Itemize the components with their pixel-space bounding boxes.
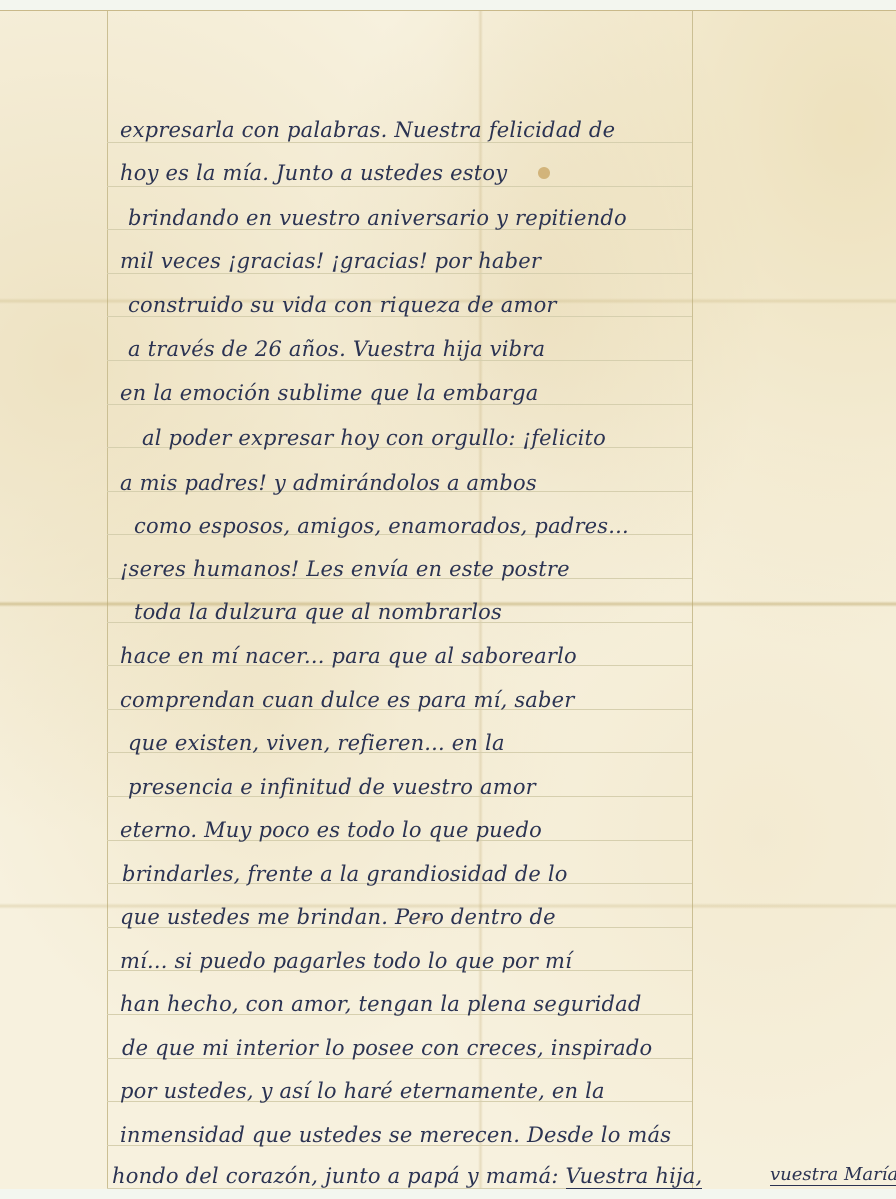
- letter-line: que ustedes me brindan. Pero dentro de: [120, 905, 556, 929]
- closing-phrase: hondo del corazón, junto a papá y mamá:: [112, 1164, 566, 1188]
- letter-line: hoy es la mía. Junto a ustedes estoy: [120, 161, 507, 185]
- letter-line: de que mi interior lo posee con creces, …: [122, 1036, 652, 1060]
- letter-line: inmensidad que ustedes se merecen. Desde…: [120, 1123, 671, 1147]
- letter-line: toda la dulzura que al nombrarlos: [134, 600, 502, 624]
- letter-line: hace en mí nacer... para que al saborear…: [120, 644, 577, 668]
- letter-line: al poder expresar hoy con orgullo: ¡feli…: [142, 426, 606, 450]
- letter-line: por ustedes, y así lo haré eternamente, …: [120, 1079, 605, 1103]
- letter-line: mil veces ¡gracias! ¡gracias! por haber: [120, 249, 541, 273]
- signature: vuestra María Eloísa: [770, 1164, 896, 1186]
- ink-stain: [538, 167, 550, 179]
- letter-line: brindarles, frente a la grandiosidad de …: [122, 862, 568, 886]
- letter-line: han hecho, con amor, tengan la plena seg…: [120, 992, 642, 1016]
- letter-line: expresarla con palabras. Nuestra felicid…: [120, 118, 615, 142]
- letter-line: presencia e infinitud de vuestro amor: [128, 775, 536, 799]
- letter-line: eterno. Muy poco es todo lo que puedo: [120, 818, 542, 842]
- ruled-line: [107, 142, 692, 143]
- letter-line: comprendan cuan dulce es para mí, saber: [120, 688, 575, 712]
- left-margin-line: [107, 11, 108, 1189]
- closing-underlined: Vuestra hija,: [566, 1164, 703, 1189]
- letter-line: mí... si puedo pagarles todo lo que por …: [120, 949, 572, 973]
- letter-line: a mis padres! y admirándolos a ambos: [120, 471, 537, 495]
- letter-line: como esposos, amigos, enamorados, padres…: [134, 514, 629, 538]
- letter-line: hondo del corazón, junto a papá y mamá: …: [112, 1164, 702, 1188]
- ruled-line: [107, 186, 692, 187]
- letter-page: expresarla con palabras. Nuestra felicid…: [0, 10, 896, 1189]
- letter-line: brindando en vuestro aniversario y repit…: [128, 206, 627, 230]
- letter-line: construido su vida con riqueza de amor: [128, 293, 557, 317]
- letter-line: que existen, viven, refieren... en la: [128, 731, 505, 755]
- letter-line: a través de 26 años. Vuestra hija vibra: [128, 337, 545, 361]
- letter-line: ¡seres humanos! Les envía en este postre: [120, 557, 570, 581]
- letter-line: en la emoción sublime que la embarga: [120, 381, 539, 405]
- right-margin-line: [692, 11, 693, 1189]
